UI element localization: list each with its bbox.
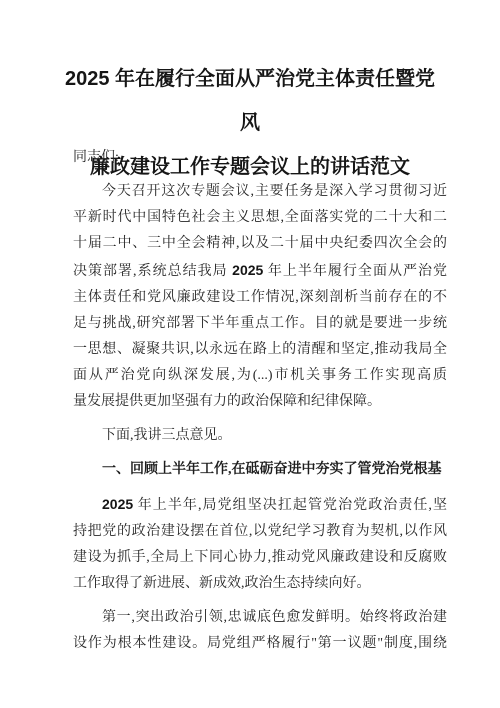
text-line: 同志们: [73, 145, 447, 171]
text-line: 面从严治党向纵深发展,为(...)市机关事务工作实现高质 [73, 363, 447, 389]
text-segment: 主体责任和党风廉政建设工作情况,深刻剖析当前存在的不 [73, 290, 447, 305]
text-line: 工作取得了新进展、新成效,政治生态持续向好。 [73, 571, 447, 597]
text-line: 主体责任和党风廉政建设工作情况,深刻剖析当前存在的不 [73, 285, 447, 311]
text-line: 一思想、凝聚共识,以永远在路上的清醒和坚定,推动我局全 [73, 337, 447, 363]
paragraph-3: 2025 年上半年,局党组坚决扛起管党治党政治责任,坚持把党的政治建设摆在首位,… [73, 491, 447, 597]
text-segment: 决策部署,系统总结我局 [73, 264, 232, 279]
text-line: 一、回顾上半年工作,在砥砺奋进中夯实了管党治党根基 [73, 457, 447, 483]
text-segment: 下面,我讲三点意见。 [102, 428, 232, 443]
text-segment: 一、回顾上半年工作,在砥砺奋进中夯实了管党治党根基 [102, 462, 442, 477]
text-segment: 十届二中、三中全会精神,以及二十届中央纪委四次全会的 [73, 236, 447, 251]
text-segment: 面从严治党向纵深发展,为(...)市机关事务工作实现高质 [73, 368, 447, 383]
text-line: 建设为抓手,全局上下同心协力,推动党风廉政建设和反腐败 [73, 545, 447, 571]
text-segment: 平新时代中国特色社会主义思想,全面落实党的二十大和二 [73, 210, 447, 225]
document-body: 同志们:今天召开这次专题会议,主要任务是深入学习贯彻习近平新时代中国特色社会主义… [73, 145, 447, 657]
document-page: 2025 年在履行全面从严治党主体责任暨党风 廉政建设工作专题会议上的讲话范文 … [0, 0, 500, 708]
text-segment: 同志们: [73, 150, 119, 165]
text-segment: 工作取得了新进展、新成效,政治生态持续向好。 [73, 576, 371, 591]
text-segment: 量发展提供更加坚强有力的政治保障和纪律保障。 [73, 394, 381, 409]
text-segment: 建设为抓手,全局上下同心协力,推动党风廉政建设和反腐败 [73, 550, 447, 565]
text-line: 今天召开这次专题会议,主要任务是深入学习贯彻习近 [73, 179, 447, 205]
paragraph-4: 第一,突出政治引领,忠诚底色愈发鲜明。始终将政治建设作为根本性建设。局党组严格履… [73, 605, 447, 657]
text-segment: 今天召开这次专题会议,主要任务是深入学习贯彻习近 [102, 184, 447, 199]
text-line: 决策部署,系统总结我局 2025 年上半年履行全面从严治党 [73, 257, 447, 285]
text-line: 2025 年上半年,局党组坚决扛起管党治党政治责任,坚 [73, 491, 447, 519]
text-line: 平新时代中国特色社会主义思想,全面落实党的二十大和二 [73, 205, 447, 231]
text-segment: 一思想、凝聚共识,以永远在路上的清醒和坚定,推动我局全 [73, 342, 447, 357]
text-segment: 第一,突出政治引领,忠诚底色愈发鲜明。始终将政治建 [102, 610, 447, 625]
bold-number: 2025 [102, 496, 133, 512]
text-line: 下面,我讲三点意见。 [73, 423, 447, 449]
text-line: 第一,突出政治引领,忠诚底色愈发鲜明。始终将政治建 [73, 605, 447, 631]
title-line-1: 2025 年在履行全面从严治党主体责任暨党风 [63, 57, 437, 145]
text-line: 足与挑战,研究部署下半年重点工作。目的就是要进一步统 [73, 311, 447, 337]
text-line: 设作为根本性建设。局党组严格履行"第一议题"制度,围绕 [73, 631, 447, 657]
text-segment: 年上半年,局党组坚决扛起管党治党政治责任,坚 [133, 498, 447, 513]
text-line: 量发展提供更加坚强有力的政治保障和纪律保障。 [73, 389, 447, 415]
salutation: 同志们: [73, 145, 447, 171]
text-line: 持把党的政治建设摆在首位,以党纪学习教育为契机,以作风 [73, 519, 447, 545]
text-segment: 年上半年履行全面从严治党 [263, 264, 447, 279]
text-line: 十届二中、三中全会精神,以及二十届中央纪委四次全会的 [73, 231, 447, 257]
text-segment: 持把党的政治建设摆在首位,以党纪学习教育为契机,以作风 [73, 524, 447, 539]
text-segment: 设作为根本性建设。局党组严格履行"第一议题"制度,围绕 [73, 636, 447, 651]
bold-number: 2025 [232, 262, 263, 278]
text-segment: 足与挑战,研究部署下半年重点工作。目的就是要进一步统 [73, 316, 447, 331]
section-heading-1: 一、回顾上半年工作,在砥砺奋进中夯实了管党治党根基 [73, 457, 447, 483]
paragraph-2: 下面,我讲三点意见。 [73, 423, 447, 449]
paragraph-1: 今天召开这次专题会议,主要任务是深入学习贯彻习近平新时代中国特色社会主义思想,全… [73, 179, 447, 415]
